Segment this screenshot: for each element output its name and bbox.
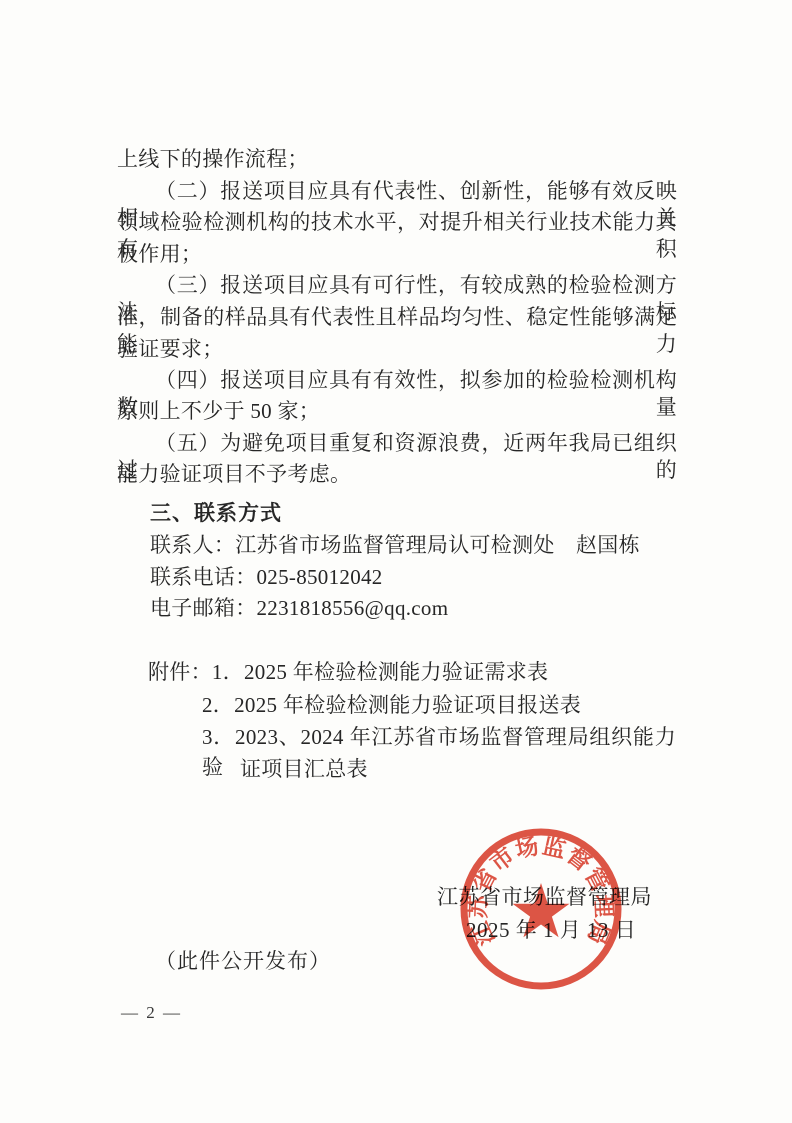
body-line: 极作用；	[117, 241, 677, 268]
page-number: — 2 —	[121, 1003, 182, 1023]
attachment-line: 2．2025 年检验检测能力验证项目报送表	[202, 689, 581, 719]
contact-email-line: 电子邮箱：2231818556@qq.com	[150, 592, 448, 622]
body-line: 验证要求；	[117, 336, 677, 363]
contact-phone-line: 联系电话：025-85012042	[150, 561, 383, 591]
seal-star-icon	[513, 883, 570, 937]
attachment-line: 证项目汇总表	[240, 753, 368, 783]
official-seal: 江苏省市场监督管理局	[456, 824, 626, 994]
body-line: 能力验证项目不予考虑。	[117, 461, 677, 488]
body-line: 原则上不少于 50 家；	[117, 398, 677, 425]
public-release-note: （此件公开发布）	[155, 945, 331, 975]
contact-person-line: 联系人：江苏省市场监督管理局认可检测处 赵国栋	[150, 529, 640, 559]
document-page: 上线下的操作流程； （二）报送项目应具有代表性、创新性，能够有效反映相关 领域检…	[0, 0, 792, 1123]
attachment-line: 附件：1．2025 年检验检测能力验证需求表	[148, 656, 548, 686]
body-line: 上线下的操作流程；	[117, 146, 677, 173]
section-heading-contact: 三、联系方式	[150, 497, 282, 527]
